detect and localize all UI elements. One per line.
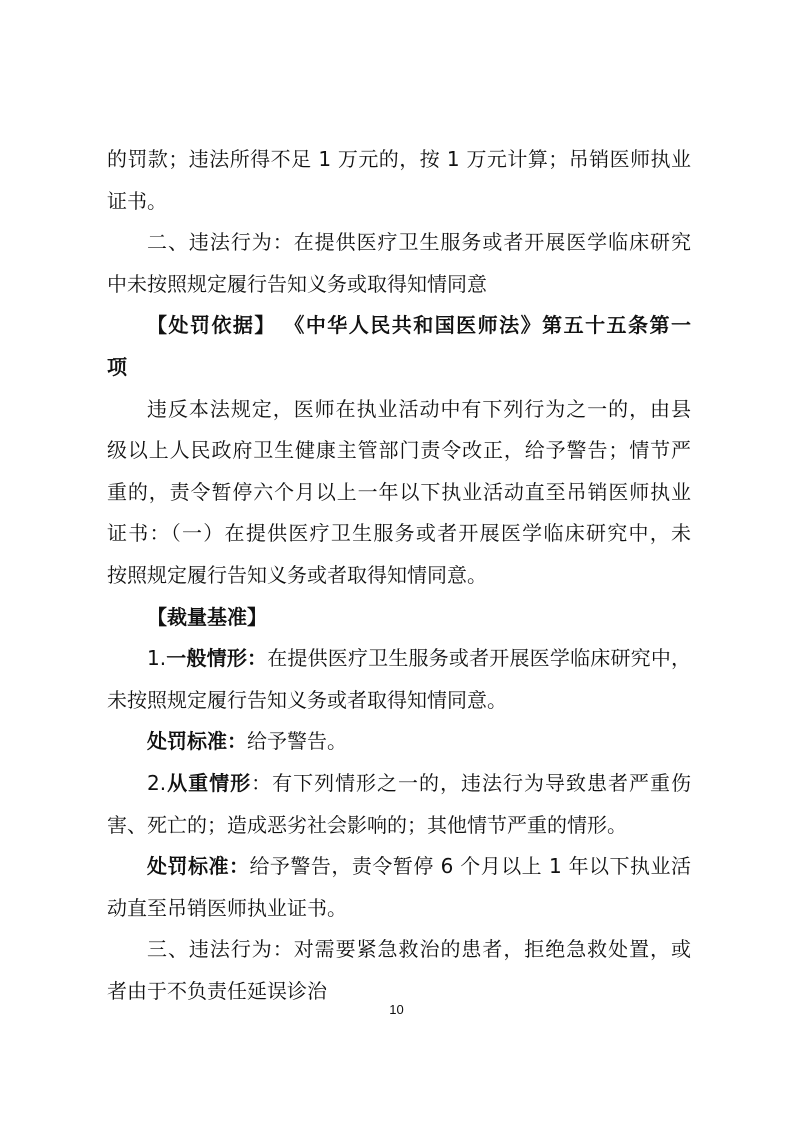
section-heading-two-cont: 中未按照规定履行告知义务或取得知情同意 [107,264,691,306]
general-case-line-cont: 未按照规定履行告知义务或者取得知情同意。 [107,680,691,722]
penalty-basis-heading-cont: 项 [107,347,691,389]
law-text-line: 证书：（一）在提供医疗卫生服务或者开展医学临床研究中，未 [107,513,691,555]
penalty-standard-line-cont: 动直至吊销医师执业证书。 [107,888,691,930]
penalty-standard-text: 给予警告。 [247,729,347,753]
penalty-standard-label: 处罚标准： [147,729,247,753]
section-heading-two: 二、违法行为：在提供医疗卫生服务或者开展医学临床研究 [107,222,691,264]
page-number: 10 [0,1002,793,1017]
aggravated-case-line-cont: 害、死亡的；造成恶劣社会影响的；其他情节严重的情形。 [107,805,691,847]
aggravated-case-line: 2.从重情形：有下列情形之一的，违法行为导致患者严重伤 [107,763,691,805]
aggravated-case-label: 从重情形 [166,771,251,795]
document-page: 的罚款；违法所得不足 1 万元的，按 1 万元计算；吊销医师执业 证书。 二、违… [107,139,691,1012]
penalty-standard-text: 给予警告，责令暂停 6 个月以上 1 年以下执业活 [249,854,691,878]
item-number: 1. [147,646,166,670]
general-case-text: 在提供医疗卫生服务或者开展医学临床研究中， [267,646,691,670]
paragraph-line: 证书。 [107,181,691,223]
law-text-line: 按照规定履行告知义务或者取得知情同意。 [107,555,691,597]
penalty-standard-line: 处罚标准：给予警告，责令暂停 6 个月以上 1 年以下执业活 [107,846,691,888]
law-text-line: 重的，责令暂停六个月以上一年以下执业活动直至吊销医师执业 [107,472,691,514]
item-number: 2. [147,771,166,795]
general-case-line: 1.一般情形：在提供医疗卫生服务或者开展医学临床研究中， [107,638,691,680]
aggravated-case-text: ：有下列情形之一的，违法行为导致患者严重伤 [251,771,691,795]
paragraph-line: 的罚款；违法所得不足 1 万元的，按 1 万元计算；吊销医师执业 [107,139,691,181]
discretion-standard-heading: 【裁量基准】 [107,597,691,639]
section-heading-three: 三、违法行为：对需要紧急救治的患者，拒绝急救处置，或 [107,929,691,971]
law-text-line: 级以上人民政府卫生健康主管部门责令改正，给予警告；情节严 [107,430,691,472]
penalty-standard-line: 处罚标准：给予警告。 [107,721,691,763]
penalty-standard-label: 处罚标准： [147,854,249,878]
law-text-line: 违反本法规定，医师在执业活动中有下列行为之一的，由县 [107,389,691,431]
penalty-basis-heading: 【处罚依据】 《中华人民共和国医师法》第五十五条第一 [107,305,691,347]
general-case-label: 一般情形： [166,646,267,670]
